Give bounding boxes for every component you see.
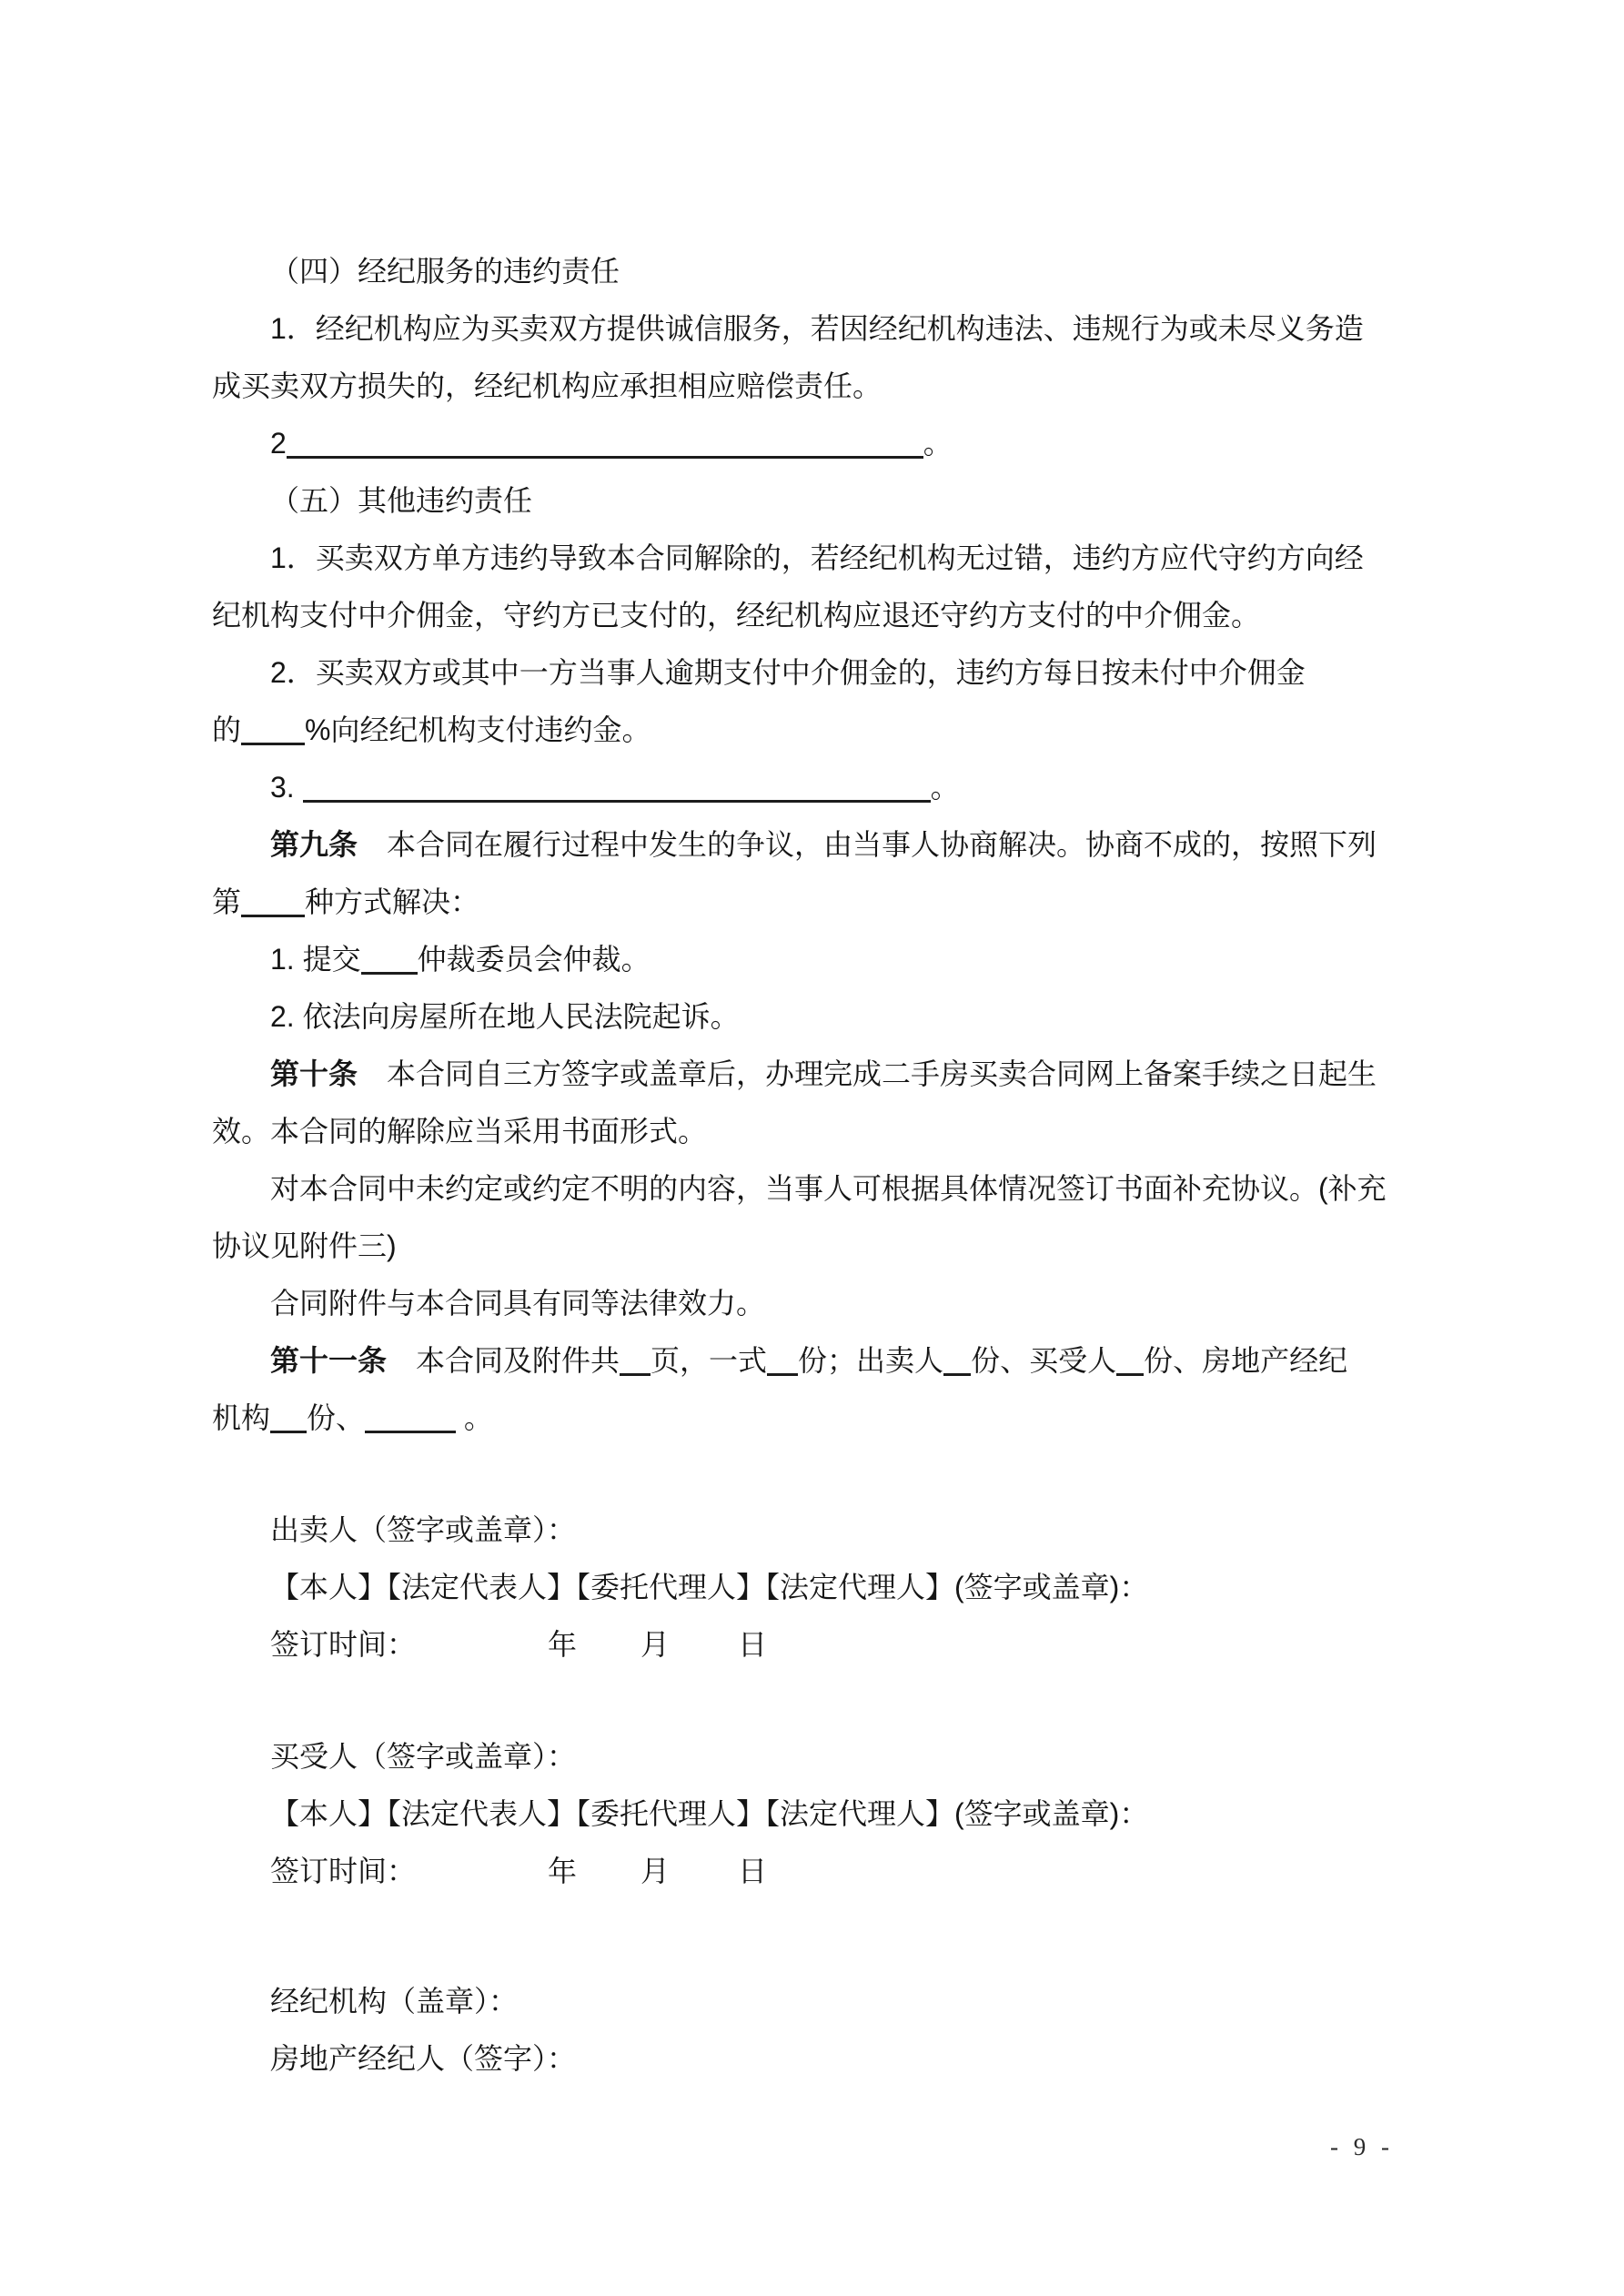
text-run: 第 xyxy=(212,885,241,918)
text-run: 买受人（签字或盖章）： xyxy=(270,1740,576,1773)
text-run: 3. xyxy=(270,771,303,804)
text-run: 页，一式 xyxy=(651,1344,767,1377)
block-spacer xyxy=(212,1900,1392,1973)
text-run: 日 xyxy=(738,1628,767,1661)
spacing-gap xyxy=(577,1880,641,1881)
paragraph-buyer-signers: 【本人】【法定代表人】【委托代理人】【法定代理人】(签字或盖章)： xyxy=(212,1785,1392,1843)
page-number: - 9 - xyxy=(1330,2133,1394,2161)
text-run: 本合同自三方签字或盖章后，办理完成二手房买卖合同网上备案手续之日起生效。本合同的… xyxy=(212,1057,1377,1148)
text-run: 份；出卖人 xyxy=(798,1344,943,1377)
fill-in-blank xyxy=(241,887,305,917)
paragraph-seller-title: 出卖人（签字或盖章）： xyxy=(212,1502,1392,1559)
text-run: 机构 xyxy=(212,1401,270,1434)
text-run: 1．经纪机构应为买卖双方提供诚信服务，若因经纪机构违法、违规行为或未尽义务造成买… xyxy=(212,312,1364,402)
text-run: 出卖人（签字或盖章）： xyxy=(270,1513,576,1546)
paragraph-article-10-supplement: 对本合同中未约定或约定不明的内容，当事人可根据具体情况签订书面补充协议。(补充协… xyxy=(212,1160,1392,1275)
fill-in-blank xyxy=(767,1346,798,1376)
text-run: （五）其他违约责任 xyxy=(270,484,532,517)
text-run: 签订时间： xyxy=(270,1628,416,1661)
paragraph-article-10-annex: 合同附件与本合同具有同等法律效力。 xyxy=(212,1275,1392,1332)
text-run: 2．买卖双方或其中一方当事人逾期支付中介佣金的，违约方每日按未付中介佣金 xyxy=(270,656,1306,689)
paragraph-clause5-heading: （五）其他违约责任 xyxy=(212,472,1392,530)
fill-in-blank xyxy=(943,1346,971,1376)
paragraph-seller-signers: 【本人】【法定代表人】【委托代理人】【法定代理人】(签字或盖章)： xyxy=(212,1559,1392,1616)
text-run: 【本人】【法定代表人】【委托代理人】【法定代理人】(签字或盖章)： xyxy=(270,1571,1148,1603)
spacing-gap xyxy=(416,1880,548,1881)
paragraph-article-10: 第十条 本合同自三方签字或盖章后，办理完成二手房买卖合同网上备案手续之日起生效。… xyxy=(212,1046,1392,1160)
text-run: 1．买卖双方单方违约导致本合同解除的，若经纪机构无过错，违约方应代守约方向经纪机… xyxy=(212,541,1364,632)
no-break-group: 的%向经纪机构支付违约金。 xyxy=(212,713,651,746)
text-run: 房地产经纪人（签字）： xyxy=(270,2042,576,2075)
fill-in-blank xyxy=(241,715,305,745)
paragraph-article-11: 第十一条 本合同及附件共页，一式份；出卖人份、买受人份、房地产经纪机构份、 。 xyxy=(212,1332,1392,1447)
block-spacer xyxy=(212,1674,1392,1728)
paragraph-article-9-option1: 1. 提交仲裁委员会仲裁。 xyxy=(212,931,1392,988)
text-run: 本合同及附件共 xyxy=(387,1344,620,1377)
text-run: 2. 依法向房屋所在地人民法院起诉。 xyxy=(270,1000,740,1033)
text-run: 签订时间： xyxy=(270,1855,416,1887)
spacing-gap xyxy=(670,1880,738,1881)
no-break-group: 机构份、 。 xyxy=(212,1401,493,1434)
text-run: 【本人】【法定代表人】【委托代理人】【法定代理人】(签字或盖章)： xyxy=(270,1797,1148,1830)
text-run: 2 xyxy=(270,427,287,460)
contract-body: （四）经纪服务的违约责任1．经纪机构应为买卖双方提供诚信服务，若因经纪机构违法、… xyxy=(212,243,1392,2088)
text-run: 对本合同中未约定或约定不明的内容，当事人可根据具体情况签订书面补充协议。(补充协… xyxy=(212,1172,1387,1262)
paragraph-buyer-sign-date: 签订时间：年月日 xyxy=(212,1843,1392,1900)
text-run: 1. 提交 xyxy=(270,943,361,976)
paragraph-seller-sign-date: 签订时间：年月日 xyxy=(212,1616,1392,1674)
spacing-gap xyxy=(670,1654,738,1654)
block-spacer xyxy=(212,1447,1392,1502)
text-run: 合同附件与本合同具有同等法律效力。 xyxy=(270,1287,765,1320)
fill-in-blank xyxy=(365,1403,456,1433)
clause-number: 第十一条 xyxy=(270,1344,387,1377)
paragraph-clause5-item3: 3. 。 xyxy=(212,759,1392,816)
spacing-gap xyxy=(416,1654,548,1654)
text-run: 份、 xyxy=(307,1401,365,1434)
text-run: 月 xyxy=(641,1628,670,1661)
contract-document-page: （四）经纪服务的违约责任1．经纪机构应为买卖双方提供诚信服务，若因经纪机构违法、… xyxy=(0,0,1624,2296)
fill-in-blank xyxy=(303,773,931,803)
paragraph-clause4-heading: （四）经纪服务的违约责任 xyxy=(212,243,1392,300)
fill-in-blank xyxy=(270,1403,307,1433)
paragraph-broker-agent: 房地产经纪人（签字）： xyxy=(212,2030,1392,2088)
fill-in-blank xyxy=(361,945,418,975)
text-run: 本合同在履行过程中发生的争议，由当事人协商解决。协商不成的，按照下列 xyxy=(358,828,1377,861)
text-run: 的 xyxy=(212,713,241,746)
paragraph-clause4-item2: 2。 xyxy=(212,415,1392,472)
text-run: 份、买受人 xyxy=(971,1344,1116,1377)
clause-number: 第九条 xyxy=(270,828,358,861)
spacing-gap xyxy=(577,1654,641,1654)
paragraph-broker-title: 经纪机构（盖章）： xyxy=(212,1973,1392,2030)
text-run: 仲裁委员会仲裁。 xyxy=(418,943,651,976)
paragraph-clause5-item1: 1．买卖双方单方违约导致本合同解除的，若经纪机构无过错，违约方应代守约方向经纪机… xyxy=(212,530,1392,644)
text-run: 。 xyxy=(931,771,960,804)
paragraph-article-9-option2: 2. 依法向房屋所在地人民法院起诉。 xyxy=(212,988,1392,1046)
paragraph-article-9: 第九条 本合同在履行过程中发生的争议，由当事人协商解决。协商不成的，按照下列第种… xyxy=(212,816,1392,931)
text-run: %向经纪机构支付违约金。 xyxy=(305,713,651,746)
text-run: 。 xyxy=(456,1401,493,1434)
text-run: （四）经纪服务的违约责任 xyxy=(270,255,620,288)
text-run: 日 xyxy=(738,1855,767,1887)
paragraph-buyer-title: 买受人（签字或盖章）： xyxy=(212,1728,1392,1785)
fill-in-blank xyxy=(287,429,923,459)
text-run: 经纪机构（盖章）： xyxy=(270,1985,518,2018)
no-break-group: 第种方式解决： xyxy=(212,885,479,918)
paragraph-clause4-item1: 1．经纪机构应为买卖双方提供诚信服务，若因经纪机构违法、违规行为或未尽义务造成买… xyxy=(212,300,1392,415)
text-run: 。 xyxy=(923,427,953,460)
text-run: 年 xyxy=(548,1628,577,1661)
text-run: 份、房地产经纪 xyxy=(1144,1344,1347,1377)
fill-in-blank xyxy=(1116,1346,1144,1376)
paragraph-clause5-item2: 2．买卖双方或其中一方当事人逾期支付中介佣金的，违约方每日按未付中介佣金的%向经… xyxy=(212,644,1392,759)
text-run: 年 xyxy=(548,1855,577,1887)
fill-in-blank xyxy=(620,1346,651,1376)
text-run: 月 xyxy=(641,1855,670,1887)
text-run: 种方式解决： xyxy=(305,885,479,918)
clause-number: 第十条 xyxy=(270,1057,358,1090)
